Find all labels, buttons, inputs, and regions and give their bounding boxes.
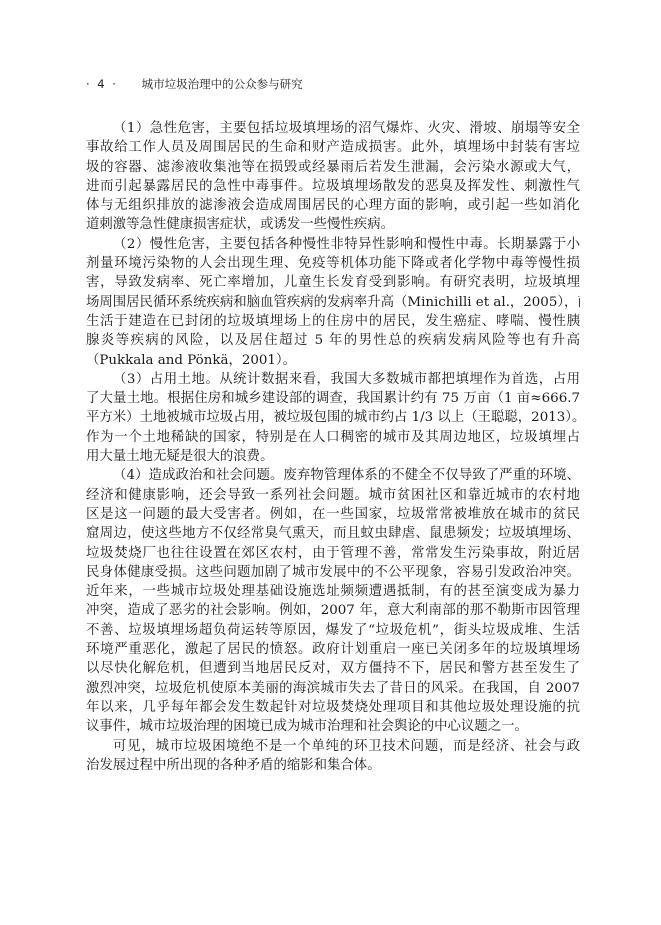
text-line: 激烈冲突，垃圾危机使原本美丽的海滨城市失去了昔日的风采。在我国，自 2007 xyxy=(86,679,580,698)
paragraph-land-occupation: （3）占用土地。从统计数据来看，我国大多数城市都把填埋作为首选，占用 了大量土地… xyxy=(86,370,580,466)
text-line: 事故给工作人员及周围居民的生命和财产造成损害。此外，填埋场中封装有害垃 xyxy=(86,138,580,157)
text-line: 区是这一问题的最大受害者。例如，在一些国家，垃圾常常被堆放在城市的贫民 xyxy=(86,505,580,524)
text-line: 进而引起暴露居民的急性中毒事件。垃圾填埋场散发的恶臭及挥发性、刺激性气 xyxy=(86,177,580,196)
text-line: 不善、垃圾填埋场超负荷运转等原因，爆发了“垃圾危机”，街头垃圾成堆、生活 xyxy=(86,621,580,640)
text-line: 害，导致发病率、死亡率增加，儿童生长发育受到影响。有研究表明，垃圾填埋 xyxy=(86,273,580,292)
text-line: （2）慢性危害，主要包括各种慢性非特异性影响和慢性中毒。长期暴露于小 xyxy=(86,235,580,254)
text-line: （1）急性危害，主要包括垃圾填埋场的沼气爆炸、火灾、滑坡、崩塌等安全 xyxy=(86,119,580,138)
text-line: 圾的容器、滤渗液收集池等在损毁或经暴雨后若发生泄漏，会污染水源或大气， xyxy=(86,158,580,177)
page-number: · 4 · xyxy=(86,77,138,91)
text-line: 了大量土地。根据住房和城乡建设部的调查，我国累计约有 75 万亩（1 亩≈666… xyxy=(86,389,580,408)
running-header: · 4 · 城市垃圾治理中的公众参与研究 xyxy=(86,76,303,92)
text-line: 环境严重恶化，激起了居民的愤怒。政府计划重启一座已关闭多年的垃圾填埋场 xyxy=(86,640,580,659)
text-line: 体与无组织排放的滤渗液会造成周围居民的心理方面的影响，或引起一些如消化 xyxy=(86,196,580,215)
text-line: 平方米）土地被城市垃圾占用，被垃圾包围的城市约占 1/3 以上（王聪聪，2013… xyxy=(86,408,580,427)
text-line: （3）占用土地。从统计数据来看，我国大多数城市都把填埋作为首选，占用 xyxy=(86,370,580,389)
text-line: 以尽快化解危机，但遭到当地居民反对，双方僵持不下，居民和警方甚至发生了 xyxy=(86,659,580,678)
text-line: 经济和健康影响，还会导致一系列社会问题。城市贫困社区和靠近城市的农村地 xyxy=(86,486,580,505)
text-line: 道刺激等急性健康损害症状，或诱发一些慢性疾病。 xyxy=(86,215,580,234)
paragraph-political-social: （4）造成政治和社会问题。废弃物管理体系的不健全不仅导致了严重的环境、 经济和健… xyxy=(86,466,580,736)
page-body: （1）急性危害，主要包括垃圾填埋场的沼气爆炸、火灾、滑坡、崩塌等安全 事故给工作… xyxy=(86,119,580,775)
text-line: （4）造成政治和社会问题。废弃物管理体系的不健全不仅导致了严重的环境、 xyxy=(86,466,580,485)
text-line: 近年来，一些城市垃圾处理基础设施选址频频遭遇抵制，有的甚至演变成为暴力 xyxy=(86,582,580,601)
text-line: 治发展过程中所出现的各种矛盾的缩影和集合体。 xyxy=(86,756,580,775)
paragraph-acute-hazard: （1）急性危害，主要包括垃圾填埋场的沼气爆炸、火灾、滑坡、崩塌等安全 事故给工作… xyxy=(86,119,580,235)
paragraph-conclusion: 可见，城市垃圾困境绝不是一个单纯的环卫技术问题，而是经济、社会与政 治发展过程中… xyxy=(86,737,580,776)
text-line: 生活于建造在已封闭的垃圾填埋场上的住房中的居民，发生癌症、哮喘、慢性胰 xyxy=(86,312,580,331)
text-line: （Pukkala and Pönkä，2001）。 xyxy=(86,351,580,370)
running-title: 城市垃圾治理中的公众参与研究 xyxy=(142,77,303,91)
text-line: 腺炎等疾病的风险，以及居住超过 5 年的男性总的疾病发病风险等也有升高 xyxy=(86,331,580,350)
text-line: 场周围居民循环系统疾病和脑血管疾病的发病率升高（Minichilli et al… xyxy=(86,293,580,312)
text-line: 窟周边，使这些地方不仅经常臭气熏天，而且蚊虫肆虐、鼠患频发；垃圾填埋场、 xyxy=(86,524,580,543)
text-line: 年以来，几乎每年都会发生数起针对垃圾焚烧处理项目和其他垃圾处理设施的抗 xyxy=(86,698,580,717)
text-line: 民身体健康受损。这些问题加剧了城市发展中的不公平现象，容易引发政治冲突。 xyxy=(86,563,580,582)
text-line: 冲突，造成了恶劣的社会影响。例如，2007 年，意大利南部的那不勒斯市因管理 xyxy=(86,601,580,620)
text-line: 用大量土地无疑是很大的浪费。 xyxy=(86,447,580,466)
text-line: 议事件，城市垃圾治理的困境已成为城市治理和社会舆论的中心议题之一。 xyxy=(86,717,580,736)
text-line: 可见，城市垃圾困境绝不是一个单纯的环卫技术问题，而是经济、社会与政 xyxy=(86,737,580,756)
text-line: 垃圾焚烧厂也往往设置在郊区农村，由于管理不善，常常发生污染事故，附近居 xyxy=(86,544,580,563)
text-line: 作为一个土地稀缺的国家，特别是在人口稠密的城市及其周边地区，垃圾填埋占 xyxy=(86,428,580,447)
text-line: 剂量环境污染物的人会出现生理、免疫等机体功能下降或者化学物中毒等慢性损 xyxy=(86,254,580,273)
paragraph-chronic-hazard: （2）慢性危害，主要包括各种慢性非特异性影响和慢性中毒。长期暴露于小 剂量环境污… xyxy=(86,235,580,370)
